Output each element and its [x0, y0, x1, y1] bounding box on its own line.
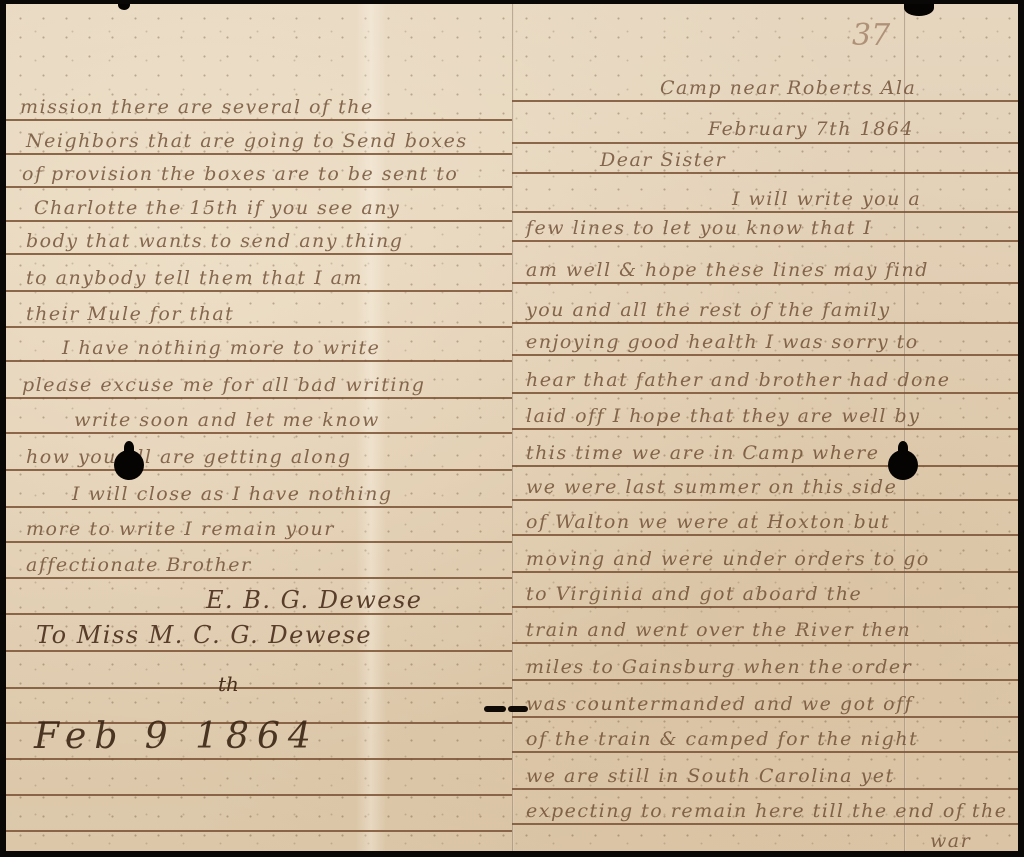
right-page: 37 Camp near Roberts Ala February 7th 18… [512, 4, 1018, 851]
rule-line [6, 326, 512, 328]
letter-line: hear that father and brother had done [526, 369, 950, 391]
rule-line [512, 322, 1018, 324]
closing-date: Feb 9 1864 [34, 716, 319, 757]
rule-line [6, 830, 512, 832]
letter-line: write soon and let me know [74, 409, 380, 431]
letter-line: am well & hope these lines may find [526, 259, 929, 281]
letter-line: we are still in South Carolina yet [526, 765, 895, 787]
letter-line: war [930, 830, 971, 851]
letter-line: their Mule for that [26, 303, 234, 325]
letter-line: moving and were under orders to go [526, 548, 930, 570]
addressee: To Miss M. C. G. Dewese [36, 621, 372, 649]
rule-line [6, 253, 512, 255]
fold-mark [484, 706, 506, 712]
rule-line [6, 397, 512, 399]
letter-line: to anybody tell them that I am [26, 267, 363, 289]
letter-line: train and went over the River then [526, 619, 911, 641]
letter-line: I have nothing more to write [62, 337, 380, 359]
fold-mark [508, 706, 528, 712]
letter-line: to Virginia and got aboard the [526, 583, 862, 605]
rule-line [512, 679, 1018, 681]
rule-line [6, 577, 512, 579]
rule-line [6, 541, 512, 543]
punch-hole [888, 450, 918, 480]
letter-line: of the train & camped for the night [526, 728, 918, 750]
letter-line: more to write I remain your [26, 518, 335, 540]
rule-line [512, 428, 1018, 430]
letter-line: affectionate Brother [26, 554, 252, 576]
rule-line [512, 172, 1018, 174]
salutation: Dear Sister [600, 149, 726, 171]
rule-line [6, 687, 512, 689]
rule-line [6, 650, 512, 652]
rule-line [512, 751, 1018, 753]
rule-line [6, 186, 512, 188]
letter-line: laid off I hope that they are well by [526, 405, 920, 427]
rule-line [512, 100, 1018, 102]
rule-line [512, 606, 1018, 608]
rule-line [512, 499, 1018, 501]
rule-line [512, 354, 1018, 356]
letter-line: was countermanded and we got off [526, 693, 913, 715]
rule-line [512, 211, 1018, 213]
letter-line: we were last summer on this side [526, 476, 897, 498]
letter-line: mission there are several of the [20, 96, 374, 118]
rule-line [512, 534, 1018, 536]
letter-line: you and all the rest of the family [526, 299, 891, 321]
letter-line: miles to Gainsburg when the order [526, 656, 912, 678]
rule-line [6, 153, 512, 155]
letter-line: body that wants to send any thing [26, 230, 403, 252]
letter-line: Charlotte the 15th if you see any [34, 197, 400, 219]
rule-line [512, 142, 1018, 144]
left-page: mission there are several of the Neighbo… [6, 4, 512, 851]
letter-line: Neighbors that are going to Send boxes [26, 130, 468, 152]
rule-line [512, 716, 1018, 718]
letter-heading-date: February 7th 1864 [708, 118, 914, 140]
letter-sheet: mission there are several of the Neighbo… [6, 4, 1018, 851]
letter-line: of provision the boxes are to be sent to [22, 163, 458, 185]
rule-line [6, 506, 512, 508]
letter-line: I will write you a [732, 188, 921, 210]
rule-line [6, 758, 512, 760]
rule-line [6, 360, 512, 362]
punch-hole [114, 450, 144, 480]
rule-line [512, 240, 1018, 242]
letter-line: I will close as I have nothing [72, 483, 393, 505]
rule-line [6, 290, 512, 292]
letter-line: few lines to let you know that I [526, 217, 872, 239]
letter-line: enjoying good health I was sorry to [526, 331, 919, 353]
rule-line [512, 788, 1018, 790]
letter-line: this time we are in Camp where [526, 442, 880, 464]
rule-line [6, 220, 512, 222]
rule-line [512, 392, 1018, 394]
letter-line: please excuse me for all bad writing [22, 374, 425, 396]
rule-line [6, 469, 512, 471]
rule-line [6, 432, 512, 434]
rule-line [6, 794, 512, 796]
letter-line: how you all are getting along [26, 446, 352, 468]
date-superscript: th [218, 672, 239, 696]
rule-line [512, 571, 1018, 573]
letter-line: of Walton we were at Hoxton but [526, 511, 890, 533]
rule-line [512, 642, 1018, 644]
rule-line [512, 465, 1018, 467]
letter-heading-place: Camp near Roberts Ala [660, 77, 916, 99]
page-number: 37 [852, 18, 890, 53]
rule-line [512, 282, 1018, 284]
rule-line [512, 823, 1018, 825]
rule-line [6, 119, 512, 121]
letter-line: expecting to remain here till the end of… [526, 800, 1008, 822]
signature: E. B. G. Dewese [206, 586, 422, 614]
